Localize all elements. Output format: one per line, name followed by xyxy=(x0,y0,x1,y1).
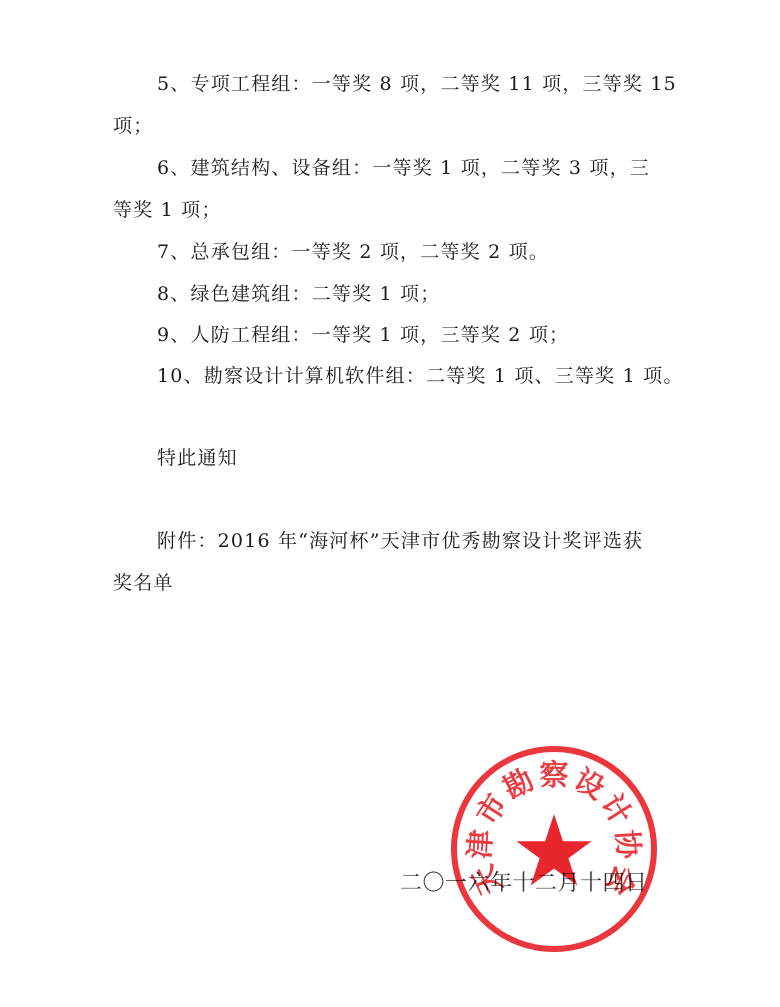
item-6-line-2: 等奖 1 项； xyxy=(113,198,222,222)
svg-text:计: 计 xyxy=(594,788,638,831)
official-seal: 天 津 市 勘 察 设 计 协 会 xyxy=(447,742,661,956)
item-9: 9、人防工程组：一等奖 1 项，三等奖 2 项； xyxy=(157,323,569,347)
svg-text:会: 会 xyxy=(600,860,643,901)
svg-text:协: 协 xyxy=(610,829,646,861)
svg-text:津: 津 xyxy=(462,828,498,860)
svg-text:察: 察 xyxy=(539,758,568,792)
item-10: 10、勘察设计计算机软件组：二等奖 1 项、三等奖 1 项。 xyxy=(157,364,684,388)
item-7: 7、总承包组：一等奖 2 项，二等奖 2 项。 xyxy=(157,240,549,264)
item-5-line-1: 5、专项工程组：一等奖 8 项，二等奖 11 项，三等奖 15 xyxy=(157,72,677,96)
item-6-line-1: 6、建筑结构、设备组：一等奖 1 项，二等奖 3 项，三 xyxy=(157,156,650,180)
svg-text:天: 天 xyxy=(465,860,508,901)
svg-text:勘: 勘 xyxy=(497,762,539,806)
attachment-line-2: 奖名单 xyxy=(113,571,174,595)
item-5-line-2: 项； xyxy=(113,114,153,138)
document-page: 5、专项工程组：一等奖 8 项，二等奖 11 项，三等奖 15 项； 6、建筑结… xyxy=(0,0,780,1007)
attachment-line-1: 附件：2016 年“海河杯”天津市优秀勘察设计奖评选获 xyxy=(157,529,643,553)
notice-text: 特此通知 xyxy=(157,446,238,470)
item-8: 8、绿色建筑组：二等奖 1 项； xyxy=(157,282,440,306)
star-icon xyxy=(516,814,591,886)
